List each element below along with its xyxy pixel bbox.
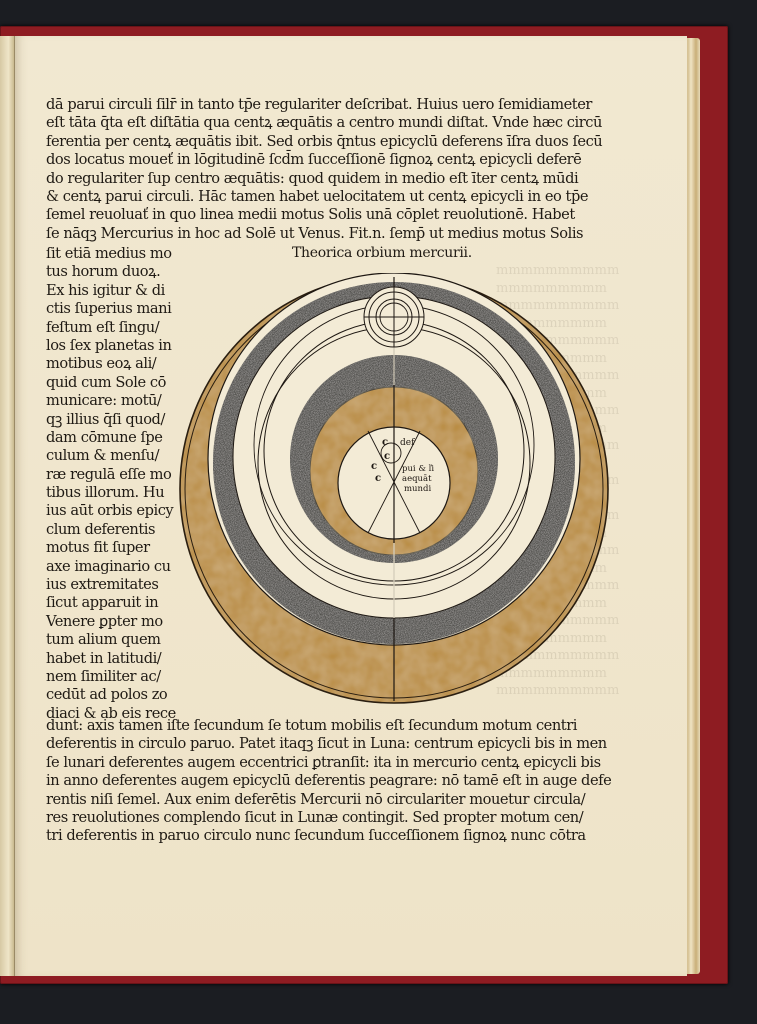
text-line: ſe nāqꝫ Mercurius in hoc ad Solē ut Venu… bbox=[46, 225, 602, 243]
text-line: tum alium quem bbox=[46, 631, 176, 649]
text-line: motus fit ſuper bbox=[46, 539, 176, 557]
text-line: axe imaginario cu bbox=[46, 558, 176, 576]
text-line: feſtum eſt ſingu/ bbox=[46, 319, 176, 337]
text-line: dā parui circuli ſilr̄ in tanto tp̄e reg… bbox=[46, 96, 602, 114]
text-line: ctis ſuperius mani bbox=[46, 300, 176, 318]
text-line: clum deferentis bbox=[46, 521, 176, 539]
mercury-orbit-diagram: c c c c def pui & ľi aequāt mundi bbox=[178, 273, 610, 705]
text-line: tibus illorum. Hu bbox=[46, 484, 176, 502]
text-line: & centꝝ parui circuli. Hāc tamen habet u… bbox=[46, 188, 602, 206]
text-line: qꝫ illius q̄ſi quod/ bbox=[46, 411, 176, 429]
label-c: c bbox=[384, 451, 390, 462]
label-c: c bbox=[375, 473, 381, 484]
text-line: Ex his igitur & di bbox=[46, 282, 176, 300]
text-line: dos locatus moueť in lōgitudinē ſcd̄m ſu… bbox=[46, 151, 602, 169]
figure-title: Theorica orbium mercurii. bbox=[292, 245, 472, 261]
bottom-paragraph: dunt: axis tamen iſte ſecundum ſe totum … bbox=[46, 717, 611, 846]
side-column: ſit etiā medius mo tus horum duoꝝ. Ex hi… bbox=[46, 245, 176, 723]
label-c: c bbox=[382, 437, 388, 448]
top-paragraph: dā parui circuli ſilr̄ in tanto tp̄e reg… bbox=[46, 96, 602, 243]
text-line: ius extremitates bbox=[46, 576, 176, 594]
text-line: ſicut apparuit in bbox=[46, 594, 176, 612]
label-parui: pui & ľi bbox=[402, 464, 434, 474]
text-line: nem ſimiliter ac/ bbox=[46, 668, 176, 686]
text-line: cedūt ad polos zo bbox=[46, 686, 176, 704]
text-line: motibus eoꝝ ali/ bbox=[46, 355, 176, 373]
label-c: c bbox=[371, 461, 377, 472]
label-def: def bbox=[400, 438, 415, 448]
text-line: tus horum duoꝝ. bbox=[46, 263, 176, 281]
epicycle-icon bbox=[364, 287, 424, 347]
text-line: eſt tāta q̄ta eſt diſtātia qua centꝝ æqu… bbox=[46, 114, 602, 132]
left-page-edge bbox=[0, 36, 15, 976]
text-line: los ſex planetas in bbox=[46, 337, 176, 355]
label-mundi: mundi bbox=[404, 484, 431, 494]
text-line: municare: motū/ bbox=[46, 392, 176, 410]
text-line: dam cōmune ſpe bbox=[46, 429, 176, 447]
text-line: Venere ꝑpter mo bbox=[46, 613, 176, 631]
text-line: tri deferentis in paruo circulo nunc ſec… bbox=[46, 827, 611, 845]
text-line: res reuolutiones complendo ſicut in Lunæ… bbox=[46, 809, 611, 827]
text-line: ſit etiā medius mo bbox=[46, 245, 176, 263]
label-aequantis: aequāt bbox=[402, 474, 432, 484]
text-line: do regulariter ſup centro æquātis: quod … bbox=[46, 170, 602, 188]
text-line: quid cum Sole cō bbox=[46, 374, 176, 392]
text-line: habet in latitudi/ bbox=[46, 650, 176, 668]
text-line: deferentis in circulo paruo. Patet itaqꝫ… bbox=[46, 735, 611, 753]
text-line: rentis niſi ſemel. Aux enim deferētis Me… bbox=[46, 791, 611, 809]
text-line: in anno deferentes augem epicyclū defere… bbox=[46, 772, 611, 790]
text-line: ſe lunari deferentes augem eccentrici ꝑt… bbox=[46, 754, 611, 772]
text-line: ius aūt orbis epicy bbox=[46, 502, 176, 520]
text-line: ſemel reuoluať in quo linea medii motus … bbox=[46, 206, 602, 224]
text-line: dunt: axis tamen iſte ſecundum ſe totum … bbox=[46, 717, 611, 735]
text-line: ræ regulā eſſe mo bbox=[46, 466, 176, 484]
text-line: culum & menſu/ bbox=[46, 447, 176, 465]
text-line: ferentia per centꝝ æquātis ibit. Sed orb… bbox=[46, 133, 602, 151]
